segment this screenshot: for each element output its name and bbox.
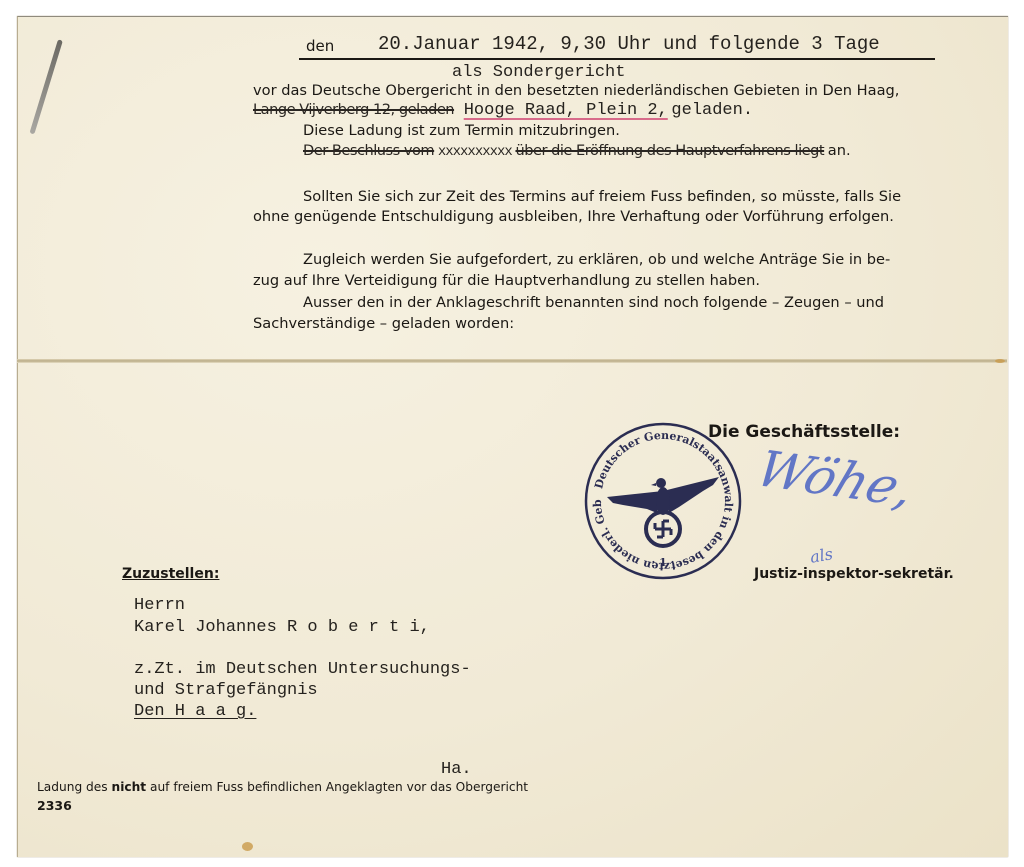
struck-address: Lange Vijverberg 12, geladen [253,101,454,118]
paragraph-line: ohne genügende Entschuldigung ausbleiben… [253,208,894,225]
signature-note: als [809,544,835,567]
form-title-post: auf freiem Fuss befindlichen Angeklagten… [146,780,528,794]
official-stamp: Deutscher Generalstaatsanwalt in den bes… [583,421,743,581]
line-end: an. [828,142,851,159]
hearing-date: 20.Januar 1942, 9,30 Uhr und folgende 3 … [378,33,880,55]
form-title-pre: Ladung des [37,780,112,794]
paragraph-line: zug auf Ihre Verteidigung für die Hauptv… [253,272,760,289]
recipient-name: Karel Johannes R o b e r t i, [134,618,430,637]
recipient-heading: Zuzustellen: [122,566,219,582]
paragraph-line: Ausser den in der Anklageschrift benannt… [303,294,884,311]
court-type: als Sondergericht [452,63,625,82]
summons-line-4: Der Beschluss vom xxxxxxxxxx über die Er… [303,142,851,160]
struck-eroeffnung: über die Eröffnung des Hauptverfahrens l… [515,142,824,159]
initials: Ha. [441,760,472,779]
form-title-bold: nicht [112,780,147,794]
court-address: Hooge Raad, Plein 2, [464,101,668,120]
struck-beschluss: Der Beschluss vom [303,142,434,159]
summons-line-3: Diese Ladung ist zum Termin mitzubringen… [303,122,620,139]
stain-mark [995,359,1005,363]
form-title: Ladung des nicht auf freiem Fuss befindl… [37,780,528,794]
paragraph-line: Zugleich werden Sie aufgefordert, zu erk… [303,251,890,268]
svg-text:· 1 ·: · 1 · [652,556,675,569]
paragraph-line: Sachverständige – geladen worden: [253,315,514,332]
paragraph-line: Sollten Sie sich zur Zeit des Termins au… [303,188,901,205]
paper-fold-line [17,359,1007,363]
stain-mark [242,842,253,851]
recipient-line: Herrn [134,596,185,615]
recipient-city: Den H a a g. [134,702,256,721]
den-label: den [306,37,334,55]
recipient-line: z.Zt. im Deutschen Untersuchungs- [134,660,471,679]
struck-x-marks: xxxxxxxxxx [438,144,512,160]
summons-line-2: Lange Vijverberg 12, geladen Hooge Raad,… [253,101,753,120]
office-title: Justiz-inspektor-sekretär. [754,566,954,582]
form-number: 2336 [37,798,72,813]
eagle-seal-icon: Deutscher Generalstaatsanwalt in den bes… [583,421,743,581]
geladen-typed: geladen. [671,101,753,120]
recipient-line: und Strafgefängnis [134,681,318,700]
summons-line-1: vor das Deutsche Obergericht in den bese… [253,82,899,99]
